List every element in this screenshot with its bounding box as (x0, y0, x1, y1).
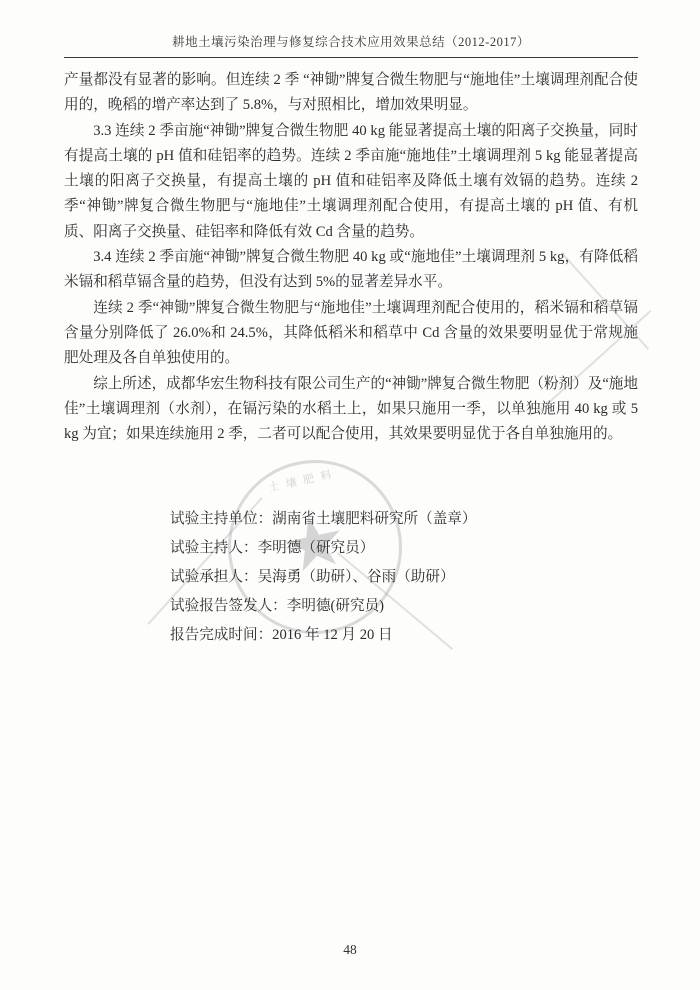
signature-undertakers: 试验承担人：吴海勇（助研）、谷雨（助研） (170, 563, 476, 592)
paragraph-3-3: 3.3 连续 2 季亩施“神锄”牌复合微生物肥 40 kg 能显著提高土壤的阳离… (64, 119, 638, 245)
signature-block: 试验主持单位：湖南省土壤肥料研究所（盖章） 试验主持人：李明德（研究员） 试验承… (170, 505, 476, 650)
document-body: 产量都没有显著的影响。但连续 2 季 “神锄”牌复合微生物肥与“施地佳”土壤调理… (64, 68, 638, 447)
paragraph-conclusion: 综上所述，成都华宏生物科技有限公司生产的“神锄”牌复合微生物肥（粉剂）及“施地佳… (64, 372, 638, 448)
seal-arc-text: 土 壤 肥 料 (217, 455, 385, 506)
signature-completion-date: 报告完成时间：2016 年 12 月 20 日 (170, 621, 476, 650)
signature-host-unit: 试验主持单位：湖南省土壤肥料研究所（盖章） (170, 505, 476, 534)
paragraph-continuation: 产量都没有显著的影响。但连续 2 季 “神锄”牌复合微生物肥与“施地佳”土壤调理… (64, 68, 638, 119)
paragraph-combined-effect: 连续 2 季“神锄”牌复合微生物肥与“施地佳”土壤调理剂配合使用的，稻米镉和稻草… (64, 296, 638, 372)
running-header: 耕地土壤污染治理与修复综合技术应用效果总结（2012-2017） (64, 32, 638, 58)
signature-host-person: 试验主持人：李明德（研究员） (170, 534, 476, 563)
paragraph-3-4: 3.4 连续 2 季亩施“神锄”牌复合微生物肥 40 kg 或“施地佳”土壤调理… (64, 245, 638, 296)
page-number: 48 (0, 942, 700, 958)
document-page: 耕地土壤污染治理与修复综合技术应用效果总结（2012-2017） 产量都没有显著… (0, 0, 700, 990)
signature-issuer: 试验报告签发人：李明德(研究员) (170, 592, 476, 621)
